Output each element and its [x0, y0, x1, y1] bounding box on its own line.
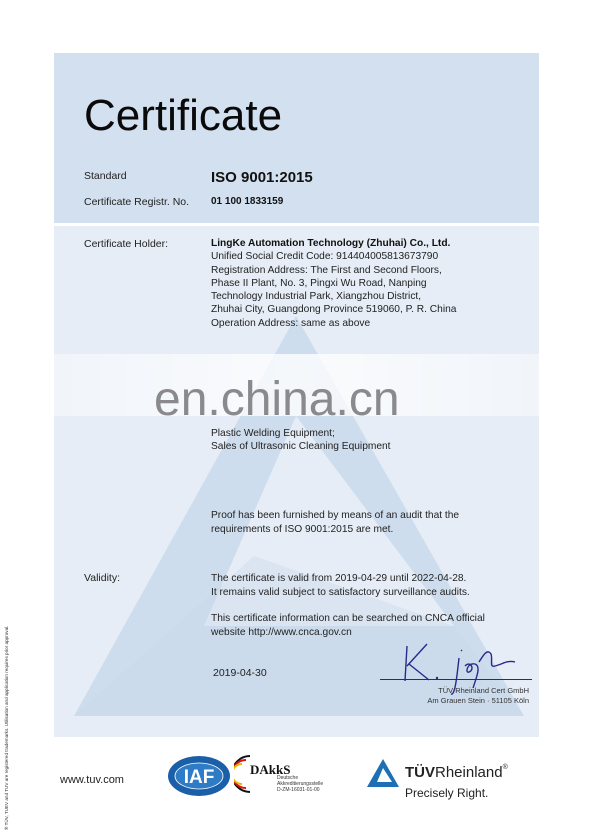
holder-line: Zhuhai City, Guangdong Province 519060, …	[211, 303, 456, 316]
scope-text: Plastic Welding Equipment; Sales of Ultr…	[211, 427, 391, 454]
cnca-line: This certificate information can be sear…	[211, 612, 485, 626]
tuv-triangle-logo-icon	[366, 758, 400, 788]
holder-line: Registration Address: The First and Seco…	[211, 264, 456, 277]
holder-line: Operation Address: same as above	[211, 317, 456, 330]
certificate-body-panel: Certificate Holder: LingKe Automation Te…	[54, 226, 539, 737]
trademark-notice: ® TÜV, TUEV and TUV are registered trade…	[4, 540, 9, 830]
proof-line: requirements of ISO 9001:2015 are met.	[211, 523, 459, 537]
watermark-text: en.china.cn	[154, 372, 400, 427]
standard-value: ISO 9001:2015	[211, 169, 313, 186]
dakks-sub-line: D-ZM-16031-01-00	[277, 787, 323, 793]
holder-line: Technology Industrial Park, Xiangzhou Di…	[211, 290, 456, 303]
tuv-tagline: Precisely Right.	[405, 786, 488, 800]
issuer-name: TÜV Rheinland Cert GmbH	[427, 686, 529, 696]
proof-text: Proof has been furnished by means of an …	[211, 509, 459, 537]
tuv-brand: TÜVRheinland®	[405, 764, 508, 781]
validity-label: Validity:	[84, 572, 120, 584]
issuer-block: TÜV Rheinland Cert GmbH Am Grauen Stein …	[427, 686, 529, 706]
tuv-brand-rest: Rheinland	[435, 764, 503, 781]
certificate-header-panel: Certificate Standard ISO 9001:2015 Certi…	[54, 53, 539, 223]
issue-date: 2019-04-30	[213, 667, 267, 679]
signature-line	[380, 679, 532, 680]
footer-url-link[interactable]: www.tuv.com	[60, 774, 124, 786]
iaf-logo-icon: IAF	[167, 754, 231, 798]
proof-line: Proof has been furnished by means of an …	[211, 509, 459, 523]
validity-line: It remains valid subject to satisfactory…	[211, 586, 470, 600]
registr-value: 01 100 1833159	[211, 196, 283, 207]
holder-line: Phase II Plant, No. 3, Pingxi Wu Road, N…	[211, 277, 456, 290]
issuer-address: Am Grauen Stein · 51105 Köln	[427, 696, 529, 706]
standard-label: Standard	[84, 170, 127, 182]
holder-line: Unified Social Credit Code: 914404005813…	[211, 250, 456, 263]
svg-text:IAF: IAF	[184, 767, 215, 788]
page-title: Certificate	[84, 91, 282, 141]
holder-name: LingKe Automation Technology (Zhuhai) Co…	[211, 237, 456, 250]
dakks-subtext: Deutsche Akkreditierungsstelle D-ZM-1603…	[277, 775, 323, 793]
tuv-reg-mark: ®	[503, 764, 508, 771]
validity-text: The certificate is valid from 2019-04-29…	[211, 572, 470, 600]
registr-label: Certificate Registr. No.	[84, 196, 189, 208]
scope-line: Sales of Ultrasonic Cleaning Equipment	[211, 440, 391, 453]
validity-line: The certificate is valid from 2019-04-29…	[211, 572, 470, 586]
holder-details: LingKe Automation Technology (Zhuhai) Co…	[211, 237, 456, 330]
holder-label: Certificate Holder:	[84, 238, 168, 250]
scope-line: Plastic Welding Equipment;	[211, 427, 391, 440]
tuv-brand-bold: TÜV	[405, 764, 435, 781]
